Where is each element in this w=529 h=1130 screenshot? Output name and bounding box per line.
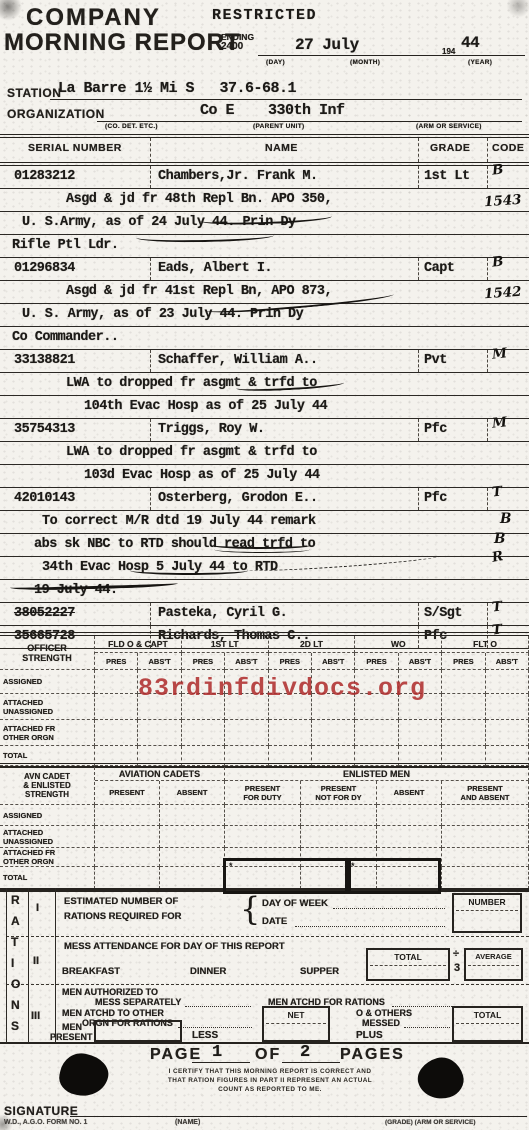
fill-line [392,997,454,1007]
day-label: (DAY) [266,59,285,66]
roster-remark-row: 103d Evac Hosp as of 25 July 44 [0,465,529,488]
rations-letter: R [11,893,20,907]
column-divider [418,488,419,510]
code-handwritten: B [494,530,505,548]
officer-subcol-header: ABS'T [138,653,181,670]
avn-subcol-header: ABSENT [377,781,442,805]
remark-text: LWA to dropped fr asgmt & trfd to [66,444,317,462]
strength-cell [442,805,529,826]
box-divider [456,910,518,911]
code-handwritten: B [500,510,511,528]
strength-cell [269,720,312,746]
serial-number: 01296834 [14,260,75,278]
form-title-line2: MORNING REPORT [4,29,241,57]
total-box-part3: TOTAL [452,1006,523,1042]
name-header: NAME [265,142,298,154]
rations-border [55,888,56,1043]
date-label: DATE [262,916,287,927]
avn-subcol-header: PRESENT AND ABSENT [442,781,529,805]
column-divider [487,419,488,441]
code-header: CODE [492,142,524,154]
fill-line [178,1018,252,1028]
avn-subcol-header: ABSENT [160,781,225,805]
grade-value: S/Sgt [424,605,462,623]
serial-number: 42010143 [14,490,75,508]
grade-arm-footer-label: (GRADE) (ARM OR SERVICE) [385,1119,476,1126]
code-handwritten: M [491,344,508,363]
officer-group-header: FLD O & CAPT [95,636,182,653]
fill-line [333,898,445,909]
fill-line [185,997,251,1007]
part-one-numeral: I [36,902,39,914]
less-label: LESS [192,1030,218,1041]
asterisk-mark: * [351,861,355,871]
officer-group-header: FLT O [442,636,529,653]
total-box-label: TOTAL [368,952,448,962]
roster-entry-row: 35754313Triggs, Roy W.PfcM [0,419,529,442]
officer-group-header: 1ST LT [182,636,269,653]
men-authorized-line1: MEN AUTHORIZED TO [62,987,158,997]
box-divider [468,965,519,966]
men-authorized-line2: MESS SEPARATELY [95,997,181,1007]
column-divider [150,166,151,188]
strength-cell [160,826,225,848]
brace: { [240,890,260,928]
signature-line [70,1116,527,1117]
officer-subcol-header: ABS'T [312,653,355,670]
strength-cell [442,670,485,694]
grade-value: Pfc [424,421,447,439]
column-divider [150,350,151,372]
code-handwritten: 1542 [483,283,522,304]
officer-subcol-header: PRES [95,653,138,670]
roster-entry-row: 38052227Pasteka, Cyril G.S/SgtT [0,603,529,626]
roster-rows: 01283212Chambers,Jr. Frank M.1st LtBAsgd… [0,166,529,649]
month-label: (MONTH) [350,59,380,66]
remark-text: 104th Evac Hosp as of 25 July 44 [84,398,327,416]
remark-text: Rifle Ptl Ldr. [12,237,118,255]
rations-est-line1: ESTIMATED NUMBER OF [64,896,178,907]
total-box-part2: TOTAL [366,948,450,981]
column-divider [487,258,488,280]
remark-text: Asgd & jd fr 48th Repl Bn. APO 350, [66,191,332,209]
certify-line3: COUNT AS REPORTED TO ME. [130,1086,410,1093]
pages-label: PAGES [340,1046,405,1064]
station-label: STATION [7,86,61,100]
strength-cell [442,848,529,867]
men-present-line1: MEN [62,1022,82,1032]
form-title-line1: COMPANY [26,4,161,32]
strength-row-label: ATTACHED FR OTHER ORGN [0,848,95,867]
report-year: 44 [461,34,479,52]
fill-line [404,1018,450,1028]
grade-value: Pvt [424,352,447,370]
column-divider [150,488,151,510]
rations-letter: I [11,956,14,970]
column-divider [487,138,488,162]
roster-header-row: SERIAL NUMBER NAME GRADE CODE [0,134,529,166]
officer-subcol-header: PRES [182,653,225,670]
column-divider [487,350,488,372]
total-box-label: TOTAL [454,1010,521,1020]
of-label: OF [255,1046,281,1064]
strength-cell [377,826,442,848]
signature-label: SIGNATURE [4,1104,78,1118]
avn-subcol-header: PRESENT NOT FOR DY [301,781,377,805]
column-divider [418,419,419,441]
supper-label: SUPPER [300,966,339,977]
officer-subcol-header: PRES [442,653,485,670]
total-pages: 2 [300,1043,310,1062]
total-pages-line [282,1062,340,1063]
remark-text: 103d Evac Hosp as of 25 July 44 [84,467,320,485]
year-line [441,55,525,56]
column-divider [418,138,419,162]
men-atchd-other-line1: MEN ATCHD TO OTHER [62,1008,164,1018]
strength-cell [486,720,529,746]
men-present-line2: PRESENT [50,1032,93,1042]
strength-cell [442,720,485,746]
box-divider [456,1023,519,1024]
station-value: La Barre 1½ Mi S 37.6-68.1 [58,80,296,97]
strength-cell [225,826,301,848]
ink-blot-right [413,1053,468,1105]
strength-cell [160,805,225,826]
code-handwritten: B [491,160,504,179]
station-line [50,99,522,100]
sub-unit-label: (CO. DET. ETC.) [105,123,158,130]
rations-letter: S [11,1019,19,1033]
column-divider [487,603,488,625]
dinner-label: DINNER [190,966,226,977]
morning-report-document: COMPANY MORNING REPORT RESTRICTED ENDING… [0,0,529,1130]
box-divider [370,965,446,966]
strength-cell [225,805,301,826]
code-handwritten: T [491,598,503,617]
soldier-name: Schaffer, William A.. [158,352,318,370]
certify-line1: I CERTIFY THAT THIS MORNING REPORT IS CO… [130,1068,410,1075]
report-date: 27 July [295,36,359,54]
rations-divider-1 [6,936,529,937]
officer-subcol-header: ABS'T [399,653,442,670]
day-of-week-label: DAY OF WEEK [262,898,328,909]
page-number: 1 [212,1043,222,1062]
roster-entry-row: 01296834Eads, Albert I.CaptB [0,258,529,281]
officer-group-header: WO [355,636,442,653]
strength-cell [312,720,355,746]
certify-line2: THAT RATION FIGURES IN PART II REPRESENT… [130,1077,410,1084]
column-divider [487,488,488,510]
average-box-label: AVERAGE [466,952,521,961]
rations-letter: A [11,914,20,928]
officer-strength-header: OFFICER STRENGTH [0,636,95,670]
grade-value: Pfc [424,490,447,508]
strength-cell [160,848,225,867]
plus-label: PLUS [356,1030,383,1041]
column-divider [418,166,419,188]
strength-row-label: ASSIGNED [0,670,95,694]
rations-letter: N [11,998,20,1012]
strength-cell [442,826,529,848]
serial-number: 33138821 [14,352,75,370]
strength-cell [301,805,377,826]
soldier-name: Eads, Albert I. [158,260,272,278]
code-handwritten: T [491,621,503,640]
column-divider [150,138,151,162]
strength-cell [399,720,442,746]
arm-service-label: (ARM OR SERVICE) [416,123,482,130]
strength-row-label: ATTACHED FR OTHER ORGN [0,720,95,746]
strength-row-label: ASSIGNED [0,805,95,826]
strength-cell [377,805,442,826]
strength-cell [486,694,529,720]
strength-row-label: ATTACHED UNASSIGNED [0,694,95,720]
rations-letter: O [11,977,20,991]
organization-value: Co E 330th Inf [200,102,345,119]
avn-subcol-header: PRESENT FOR DUTY [225,781,301,805]
rations-border [28,888,29,1043]
page-number-line [192,1062,250,1063]
men-present-box [94,1020,182,1042]
strength-cell [442,694,485,720]
net-box: NET [262,1006,330,1042]
strength-cell [95,694,138,720]
officer-group-header: 2D LT [269,636,356,653]
strength-cell [95,670,138,694]
net-box-label: NET [264,1010,328,1020]
others-line1: O & OTHERS [356,1008,412,1018]
code-handwritten: T [491,483,503,502]
column-divider [150,419,151,441]
strength-row-label: TOTAL [0,867,95,889]
strength-cell [95,867,160,889]
strength-cell [225,720,268,746]
date-line [258,55,442,56]
column-divider [418,603,419,625]
watermark: 83rdinfdivdocs.org [138,674,426,703]
ending-time: 2400 [221,41,243,52]
average-box: AVERAGE [464,948,523,981]
soldier-name: Osterberg, Grodon E.. [158,490,318,508]
strength-cell [95,826,160,848]
total-present-notdy-box: * [345,858,441,894]
parent-unit-label: (PARENT UNIT) [253,123,304,130]
fill-line [295,916,445,927]
rations-divider-2 [6,984,529,985]
remark-text: Co Commander.. [12,329,118,347]
strength-cell [301,826,377,848]
organization-label: ORGANIZATION [7,107,105,121]
strength-cell [442,867,529,889]
strength-row-label: ATTACHED UNASSIGNED [0,826,95,848]
soldier-name: Pasteka, Cyril G. [158,605,287,623]
avn-subcol-header: PRESENT [95,781,160,805]
soldier-name: Triggs, Roy W. [158,421,264,439]
rations-bottom-rule [0,1042,529,1044]
code-handwritten: B [491,252,504,271]
grade-value: 1st Lt [424,168,470,186]
roster-remark-row: LWA to dropped fr asgmt & trfd to [0,442,529,465]
roster-remark-row: Asgd & jd fr 48th Repl Bn. APO 350,1543 [0,189,529,212]
column-divider [487,166,488,188]
strength-cell [95,720,138,746]
remark-text: To correct M/R dtd 19 July 44 remark [42,513,316,531]
strength-cell [95,848,160,867]
roster-entry-row: 01283212Chambers,Jr. Frank M.1st LtB [0,166,529,189]
strength-cell [138,720,181,746]
form-number: W.D., A.G.O. FORM NO. 1 [4,1119,87,1126]
number-box: NUMBER [452,893,522,933]
roster-table: SERIAL NUMBER NAME GRADE CODE 01283212Ch… [0,134,529,649]
rations-letter: T [11,935,18,949]
avn-group-header: ENLISTED MEN [225,767,529,781]
officer-subcol-header: ABS'T [225,653,268,670]
officer-subcol-header: ABS'T [486,653,529,670]
others-line2: MESSED [362,1018,400,1028]
serial-number: 38052227 [14,605,75,623]
strength-cell [355,720,398,746]
rations-est-line2: RATIONS REQUIRED FOR [64,911,182,922]
part-three-numeral: III [31,1010,40,1022]
total-present-duty-box: * [223,858,351,894]
divide-by: 3 [454,962,460,974]
column-divider [418,258,419,280]
breakfast-label: BREAKFAST [62,966,120,977]
officer-subcol-header: PRES [269,653,312,670]
avn-group-header: AVIATION CADETS [95,767,225,781]
roster-remark-row: 104th Evac Hosp as of 25 July 44 [0,396,529,419]
asterisk-mark: * [229,861,233,871]
officer-subcol-header: PRES [355,653,398,670]
rations-border [6,888,7,1043]
handwritten-underline [130,566,248,575]
strength-cell [182,720,225,746]
code-handwritten: M [491,413,508,432]
organization-line [97,121,522,122]
divide-sign: ÷ [453,948,459,960]
code-handwritten: 1543 [483,191,522,212]
serial-number: 35754313 [14,421,75,439]
soldier-name: Chambers,Jr. Frank M. [158,168,318,186]
number-box-label: NUMBER [454,897,520,907]
column-divider [150,603,151,625]
roster-remark-row: To correct M/R dtd 19 July 44 remarkB [0,511,529,534]
ink-blot-left [56,1049,112,1100]
serial-number: 01283212 [14,168,75,186]
name-footer-label: (NAME) [175,1119,200,1126]
avn-strength-header: AVN CADET & ENLISTED STRENGTH [0,767,95,805]
strength-cell [486,670,529,694]
roster-remark-row: Co Commander.. [0,327,529,350]
handwritten-underline [214,546,310,553]
strength-cell [95,805,160,826]
part-two-numeral: II [33,955,39,967]
mess-attendance-title: MESS ATTENDANCE FOR DAY OF THIS REPORT [64,941,285,952]
roster-remark-row: Rifle Ptl Ldr. [0,235,529,258]
box-divider [266,1023,326,1024]
serial-number-header: SERIAL NUMBER [28,142,122,154]
classification-stamp: RESTRICTED [212,7,317,24]
column-divider [150,258,151,280]
column-divider [418,350,419,372]
grade-header: GRADE [430,142,470,154]
strength-cell [160,867,225,889]
roster-entry-row: 33138821Schaffer, William A..PvtM [0,350,529,373]
grade-value: Capt [424,260,454,278]
year-label: (YEAR) [468,59,492,66]
roster-entry-row: 42010143Osterberg, Grodon E..PfcT [0,488,529,511]
